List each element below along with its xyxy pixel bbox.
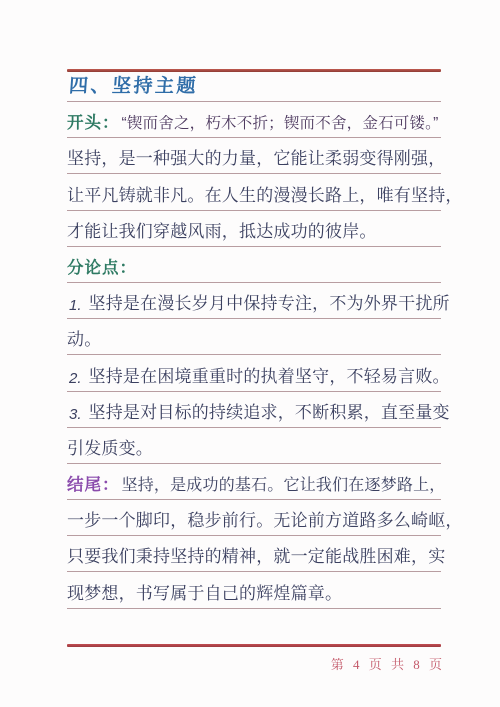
row-text: 引发质变。: [67, 434, 153, 463]
ruled-row-point-1: 1. 坚持是在漫长岁月中保持专注，不为外界干扰所: [67, 283, 441, 319]
row-text: 坚持是对目标的持续追求，不断积累，直至量变: [89, 398, 450, 427]
row-text: 现梦想，书写属于自己的辉煌篇章。: [67, 579, 342, 608]
opening-label: 开头：: [67, 109, 120, 137]
row-text: “锲而舍之，朽木不折；锲而不舍，金石可镂。”: [122, 111, 439, 137]
page-number: 第 4 页 共 8 页: [331, 654, 445, 673]
point-number: 1.: [67, 297, 82, 318]
ruled-row-subpoints: 分论点：: [67, 247, 441, 283]
row-text: 坚持，是成功的基石。它让我们在逐梦路上，: [122, 472, 446, 499]
ruled-row-empty: [67, 609, 441, 645]
bottom-border-line: [67, 644, 441, 647]
row-text: 坚持，是一种强大的力量，它能让柔弱变得刚强，: [67, 144, 445, 173]
row-text: 动。: [67, 325, 101, 354]
row-text: 只要我们秉持坚持的精神，就一定能战胜困难，实: [67, 542, 445, 571]
row-text: 坚持是在困境重重时的执着坚守，不轻易言败。: [89, 362, 450, 391]
heading-row: 四、坚持主题: [67, 72, 441, 102]
ruled-row: 动。: [67, 319, 441, 355]
point-number: 3.: [67, 406, 82, 427]
notebook-page: 四、坚持主题 开头： “锲而舍之，朽木不折；锲而不舍，金石可镂。” 坚持，是一种…: [0, 0, 500, 707]
row-text: 坚持是在漫长岁月中保持专注，不为外界干扰所: [89, 289, 450, 318]
ruled-row: 只要我们秉持坚持的精神，就一定能战胜困难，实: [67, 536, 441, 572]
ruled-row: 坚持，是一种强大的力量，它能让柔弱变得刚强，: [67, 138, 441, 174]
ruled-row-ending: 结尾： 坚持，是成功的基石。它让我们在逐梦路上，: [67, 464, 441, 500]
ruled-row-point-2: 2. 坚持是在困境重重时的执着坚守，不轻易言败。: [67, 355, 441, 391]
ruled-row: 让平凡铸就非凡。在人生的漫漫长路上，唯有坚持，: [67, 174, 441, 210]
row-text: 一步一个脚印，稳步前行。无论前方道路多么崎岖，: [67, 506, 463, 535]
subpoints-label: 分论点：: [67, 254, 137, 282]
ruled-row-opening: 开头： “锲而舍之，朽木不折；锲而不舍，金石可镂。”: [67, 102, 441, 138]
note-body: 四、坚持主题 开头： “锲而舍之，朽木不折；锲而不舍，金石可镂。” 坚持，是一种…: [67, 72, 441, 645]
ruled-row: 引发质变。: [67, 428, 441, 464]
row-text: 让平凡铸就非凡。在人生的漫漫长路上，唯有坚持，: [67, 181, 463, 210]
point-number: 2.: [67, 370, 82, 391]
ruled-row-point-3: 3. 坚持是对目标的持续追求，不断积累，直至量变: [67, 392, 441, 428]
section-heading: 四、坚持主题: [66, 71, 199, 101]
ending-label: 结尾：: [67, 471, 120, 499]
ruled-row: 一步一个脚印，稳步前行。无论前方道路多么崎岖，: [67, 500, 441, 536]
ruled-row: 现梦想，书写属于自己的辉煌篇章。: [67, 572, 441, 608]
row-text: 才能让我们穿越风雨，抵达成功的彼岸。: [67, 217, 377, 246]
ruled-row: 才能让我们穿越风雨，抵达成功的彼岸。: [67, 211, 441, 247]
